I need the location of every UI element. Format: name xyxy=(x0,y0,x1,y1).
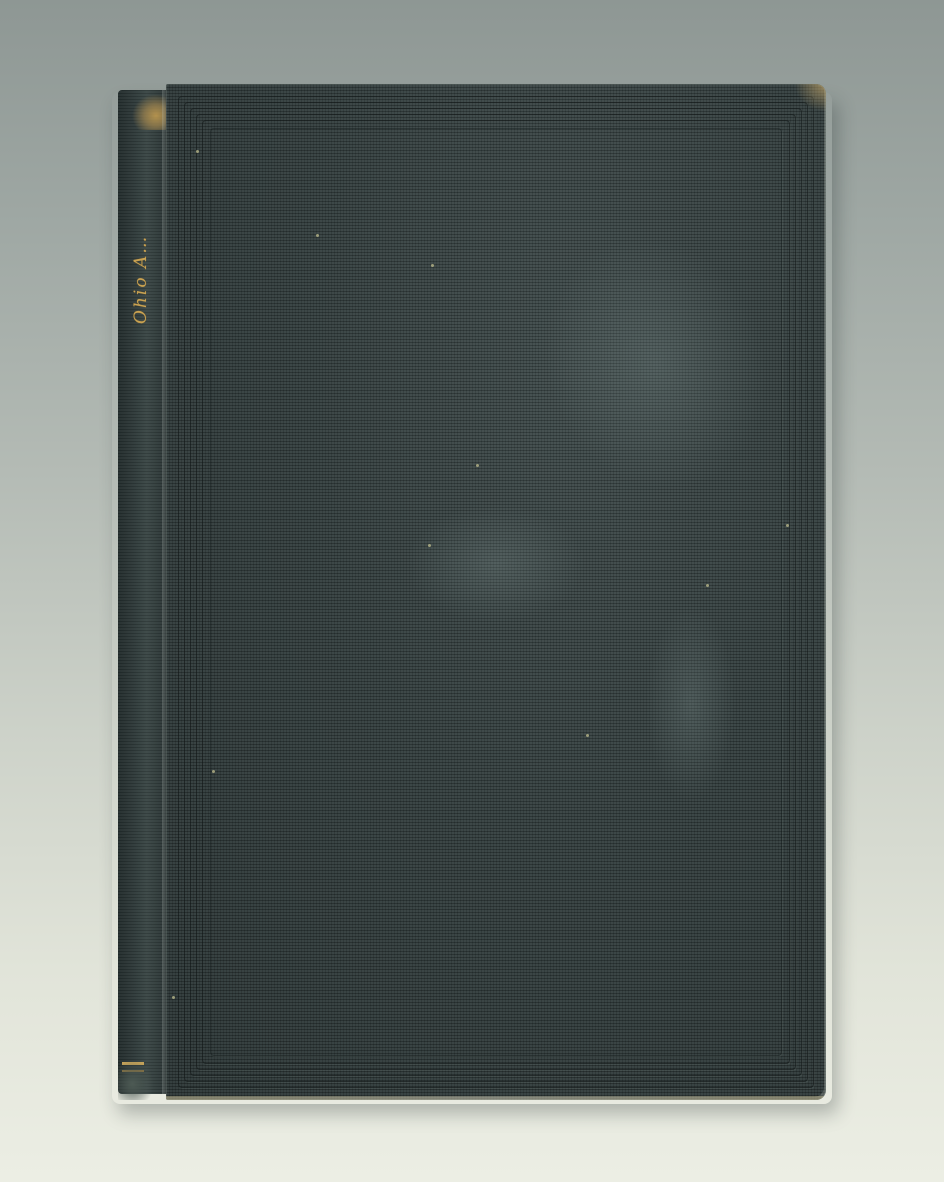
embossed-border-line xyxy=(202,120,790,1064)
spine-fray-bottom xyxy=(118,1060,154,1100)
book: Ohio A… xyxy=(118,84,826,1100)
dust-speck xyxy=(212,770,215,773)
book-spine: Ohio A… xyxy=(118,90,166,1094)
dust-speck xyxy=(316,234,319,237)
corner-wear xyxy=(792,84,826,114)
bottom-edge-wear xyxy=(166,1096,826,1100)
spine-gilt-title: Ohio A… xyxy=(132,152,150,324)
cover-scuff xyxy=(646,604,736,804)
embossed-border-line xyxy=(178,96,814,1088)
dust-speck xyxy=(172,996,175,999)
dust-speck xyxy=(431,264,434,267)
dust-speck xyxy=(476,464,479,467)
dust-speck xyxy=(586,734,589,737)
embossed-border-line xyxy=(184,102,808,1082)
photo-backdrop: Ohio A… xyxy=(0,0,944,1182)
dust-speck xyxy=(196,150,199,153)
embossed-border-line xyxy=(190,108,802,1076)
dust-speck xyxy=(706,584,709,587)
embossed-border-line xyxy=(196,114,796,1070)
cover-scuff xyxy=(406,504,586,624)
embossed-border-line xyxy=(210,128,782,1056)
cover-scuff xyxy=(508,204,804,524)
dust-speck xyxy=(786,524,789,527)
dust-speck xyxy=(428,544,431,547)
front-cover xyxy=(166,84,826,1100)
